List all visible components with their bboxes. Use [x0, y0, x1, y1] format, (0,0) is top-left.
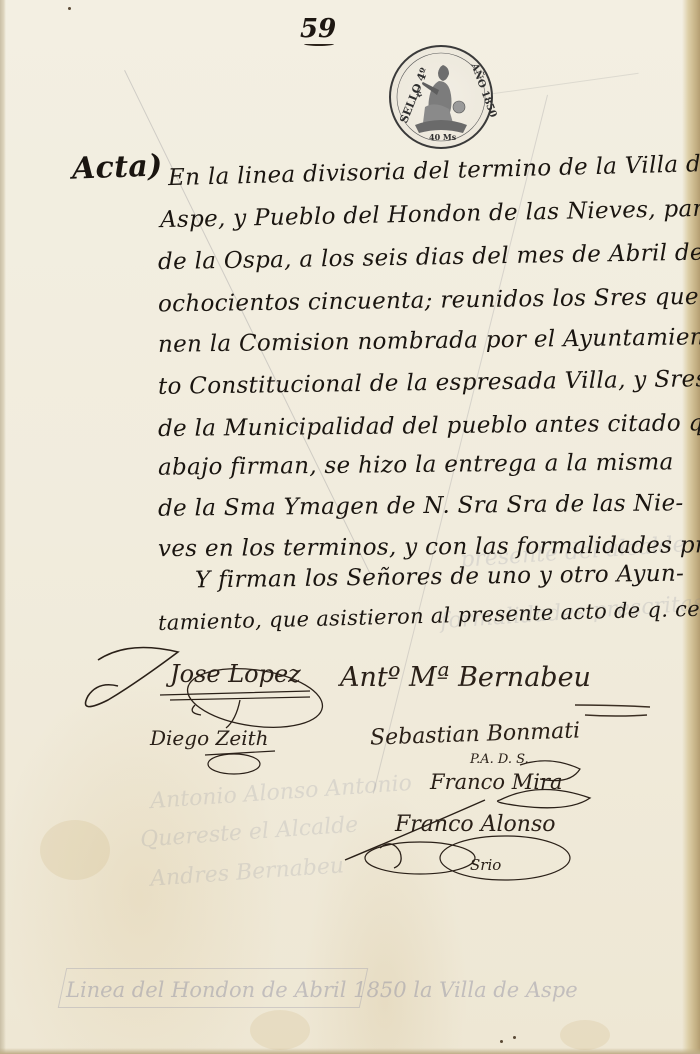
signature-bernabeu: Antº Mª Bernabeu [340, 662, 591, 693]
body-line: ves en los terminos, y con las formalida… [158, 532, 700, 562]
signature-bonmati: Sebastian Bonmati [370, 718, 581, 750]
bleed-through-text: Antonio Alonso Antonio [149, 771, 412, 814]
signature-text: Franco Mira [430, 770, 563, 794]
signature-text: Sebastian Bonmati [370, 718, 581, 750]
signature-text: Jose Lopez [170, 660, 301, 688]
body-line: En la linea divisoria del termino de la … [168, 151, 700, 191]
body-line: to Constitucional de la espresada Villa,… [158, 366, 700, 400]
pencil-line [480, 73, 639, 97]
signature-diego-zeith: Diego Zeith [150, 726, 269, 750]
signature-text: Srio [470, 856, 501, 874]
body-line: nen la Comision nombrada por el Ayuntami… [158, 324, 700, 358]
paper-stain [250, 1010, 310, 1050]
bleed-through-text: Andres Bernabeu [149, 853, 344, 891]
signature-alonso: Franco Alonso [395, 812, 556, 837]
signature-pad: P.A. D. S. [470, 752, 529, 767]
acta-heading: Acta) [71, 148, 163, 186]
signature-text: Antº Mª Bernabeu [340, 662, 591, 693]
signature-text: P.A. D. S. [470, 752, 529, 767]
binding-edge [0, 0, 6, 1054]
paper-stain [40, 820, 110, 880]
stamp-seal: SELLO 4º AÑO 1850 40 Ms [389, 45, 493, 149]
body-line: abajo firman, se hizo la entrega a la mi… [158, 449, 674, 480]
page-number-underline [304, 42, 334, 46]
signature-jose-lopez: Jose Lopez [170, 660, 301, 688]
seal-text-bottom: 40 Ms [429, 132, 456, 142]
body-line: ochocientos cincuenta; reunidos los Sres… [158, 283, 700, 318]
closing-line: tamiento, que asistieron al presente act… [158, 595, 700, 635]
page-edge-bottom [0, 1048, 700, 1054]
body-line: Aspe, y Pueblo del Hondon de las Nieves,… [160, 195, 700, 233]
body-line: de la Municipalidad del pueblo antes cit… [158, 410, 700, 442]
signature-srio: Srio [470, 856, 501, 874]
page-number: 59 [300, 14, 336, 44]
manuscript-page: Antonio Alonso Antonio Quereste el Alcal… [0, 0, 700, 1054]
body-line: de la Sma Ymagen de N. Sra Sra de las Ni… [158, 490, 684, 522]
ink-speck [500, 1040, 503, 1043]
bleed-through-text: Quereste el Alcalde [139, 812, 359, 852]
body-line: de la Ospa, a los seis dias del mes de A… [158, 239, 700, 275]
ink-speck [68, 7, 71, 10]
closing-line: Y firman los Señores de uno y otro Ayun- [195, 561, 684, 594]
paper-stain [560, 1020, 610, 1050]
pencil-annotation: Linea del Hondon de Abril 1850 la Villa … [66, 978, 578, 1002]
signature-text: Franco Alonso [395, 812, 556, 837]
ink-speck [513, 1036, 516, 1039]
signature-mira: Franco Mira [430, 770, 563, 794]
signature-text: Diego Zeith [150, 726, 269, 750]
